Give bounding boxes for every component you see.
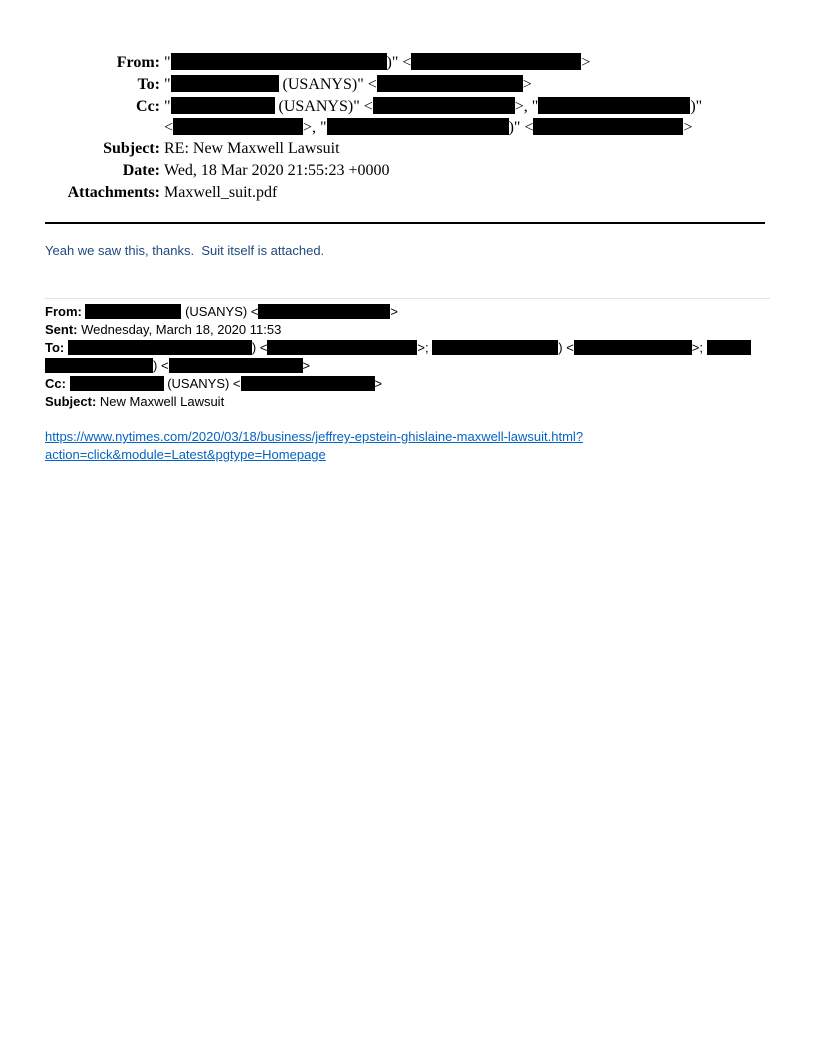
redaction [432,340,558,355]
subject-label: Subject: [103,138,160,160]
redaction [377,75,523,92]
quoted-message-header: From: (USANYS) <> Sent: Wednesday, March… [45,303,751,411]
to-org: (USANYS)" [283,76,364,93]
redaction [258,304,390,319]
email-header: From: ")" <> To: " (USANYS)" <> Cc: " (U… [0,52,816,204]
article-link-line2[interactable]: action=click&module=Latest&pgtype=Homepa… [45,446,583,464]
cc-value-cont: <>, ")" <> [164,118,693,137]
cc-label: Cc: [136,96,160,118]
quoted-cc-label: Cc: [45,376,66,391]
subject-value: RE: New Maxwell Lawsuit [164,138,340,160]
cc-value: " (USANYS)" <>, ")" [164,96,702,118]
redaction [267,340,417,355]
article-link-line1[interactable]: https://www.nytimes.com/2020/03/18/busin… [45,428,583,446]
redaction [241,376,375,391]
quoted-subject-value: New Maxwell Lawsuit [100,394,224,409]
date-label: Date: [123,160,160,182]
to-value: " (USANYS)" <> [164,74,532,96]
redaction [373,97,515,114]
quoted-cc-org: (USANYS) < [167,376,240,391]
quoted-sent-value: Wednesday, March 18, 2020 11:53 [81,322,281,337]
from-label: From: [117,52,160,74]
header-to-row: To: " (USANYS)" <> [0,74,816,96]
redaction [538,97,690,114]
article-link[interactable]: https://www.nytimes.com/2020/03/18/busin… [45,428,583,464]
redaction [171,53,387,70]
header-subject-row: Subject: RE: New Maxwell Lawsuit [0,138,816,160]
header-from-row: From: ")" <> [0,52,816,74]
quoted-from-org: (USANYS) < [185,304,258,319]
quoted-subject-row: Subject: New Maxwell Lawsuit [45,393,751,411]
redaction [173,118,303,135]
redaction [68,340,252,355]
cc-org: (USANYS)" [279,98,360,115]
quoted-to-row: To: ) <>; ) <>; [45,339,751,357]
quoted-to-row-cont: ) <> [45,357,751,375]
attachments-label: Attachments: [68,182,160,204]
header-cc-row-cont: <>, ")" <> [0,118,816,138]
redaction [171,97,275,114]
redaction [411,53,581,70]
quoted-sent-row: Sent: Wednesday, March 18, 2020 11:53 [45,321,751,339]
date-value: Wed, 18 Mar 2020 21:55:23 +0000 [164,160,390,182]
quoted-subject-label: Subject: [45,394,96,409]
redaction [45,358,153,373]
header-cc-row: Cc: " (USANYS)" <>, ")" [0,96,816,118]
reply-body: Yeah we saw this, thanks. Suit itself is… [45,243,324,258]
redaction [70,376,164,391]
quoted-cc-row: Cc: (USANYS) <> [45,375,751,393]
quoted-from-label: From: [45,304,82,319]
redaction [169,358,303,373]
header-date-row: Date: Wed, 18 Mar 2020 21:55:23 +0000 [0,160,816,182]
redaction [533,118,683,135]
redaction [85,304,181,319]
header-attachments-row: Attachments: Maxwell_suit.pdf [0,182,816,204]
attachment-file[interactable]: Maxwell_suit.pdf [164,182,277,204]
from-value: ")" <> [164,52,590,74]
quoted-from-row: From: (USANYS) <> [45,303,751,321]
header-divider [45,222,765,224]
to-label: To: [137,74,160,96]
redaction [707,340,751,355]
quoted-separator [45,298,770,299]
quoted-to-label: To: [45,340,64,355]
redaction [327,118,509,135]
redaction [171,75,279,92]
redaction [574,340,692,355]
quoted-sent-label: Sent: [45,322,78,337]
